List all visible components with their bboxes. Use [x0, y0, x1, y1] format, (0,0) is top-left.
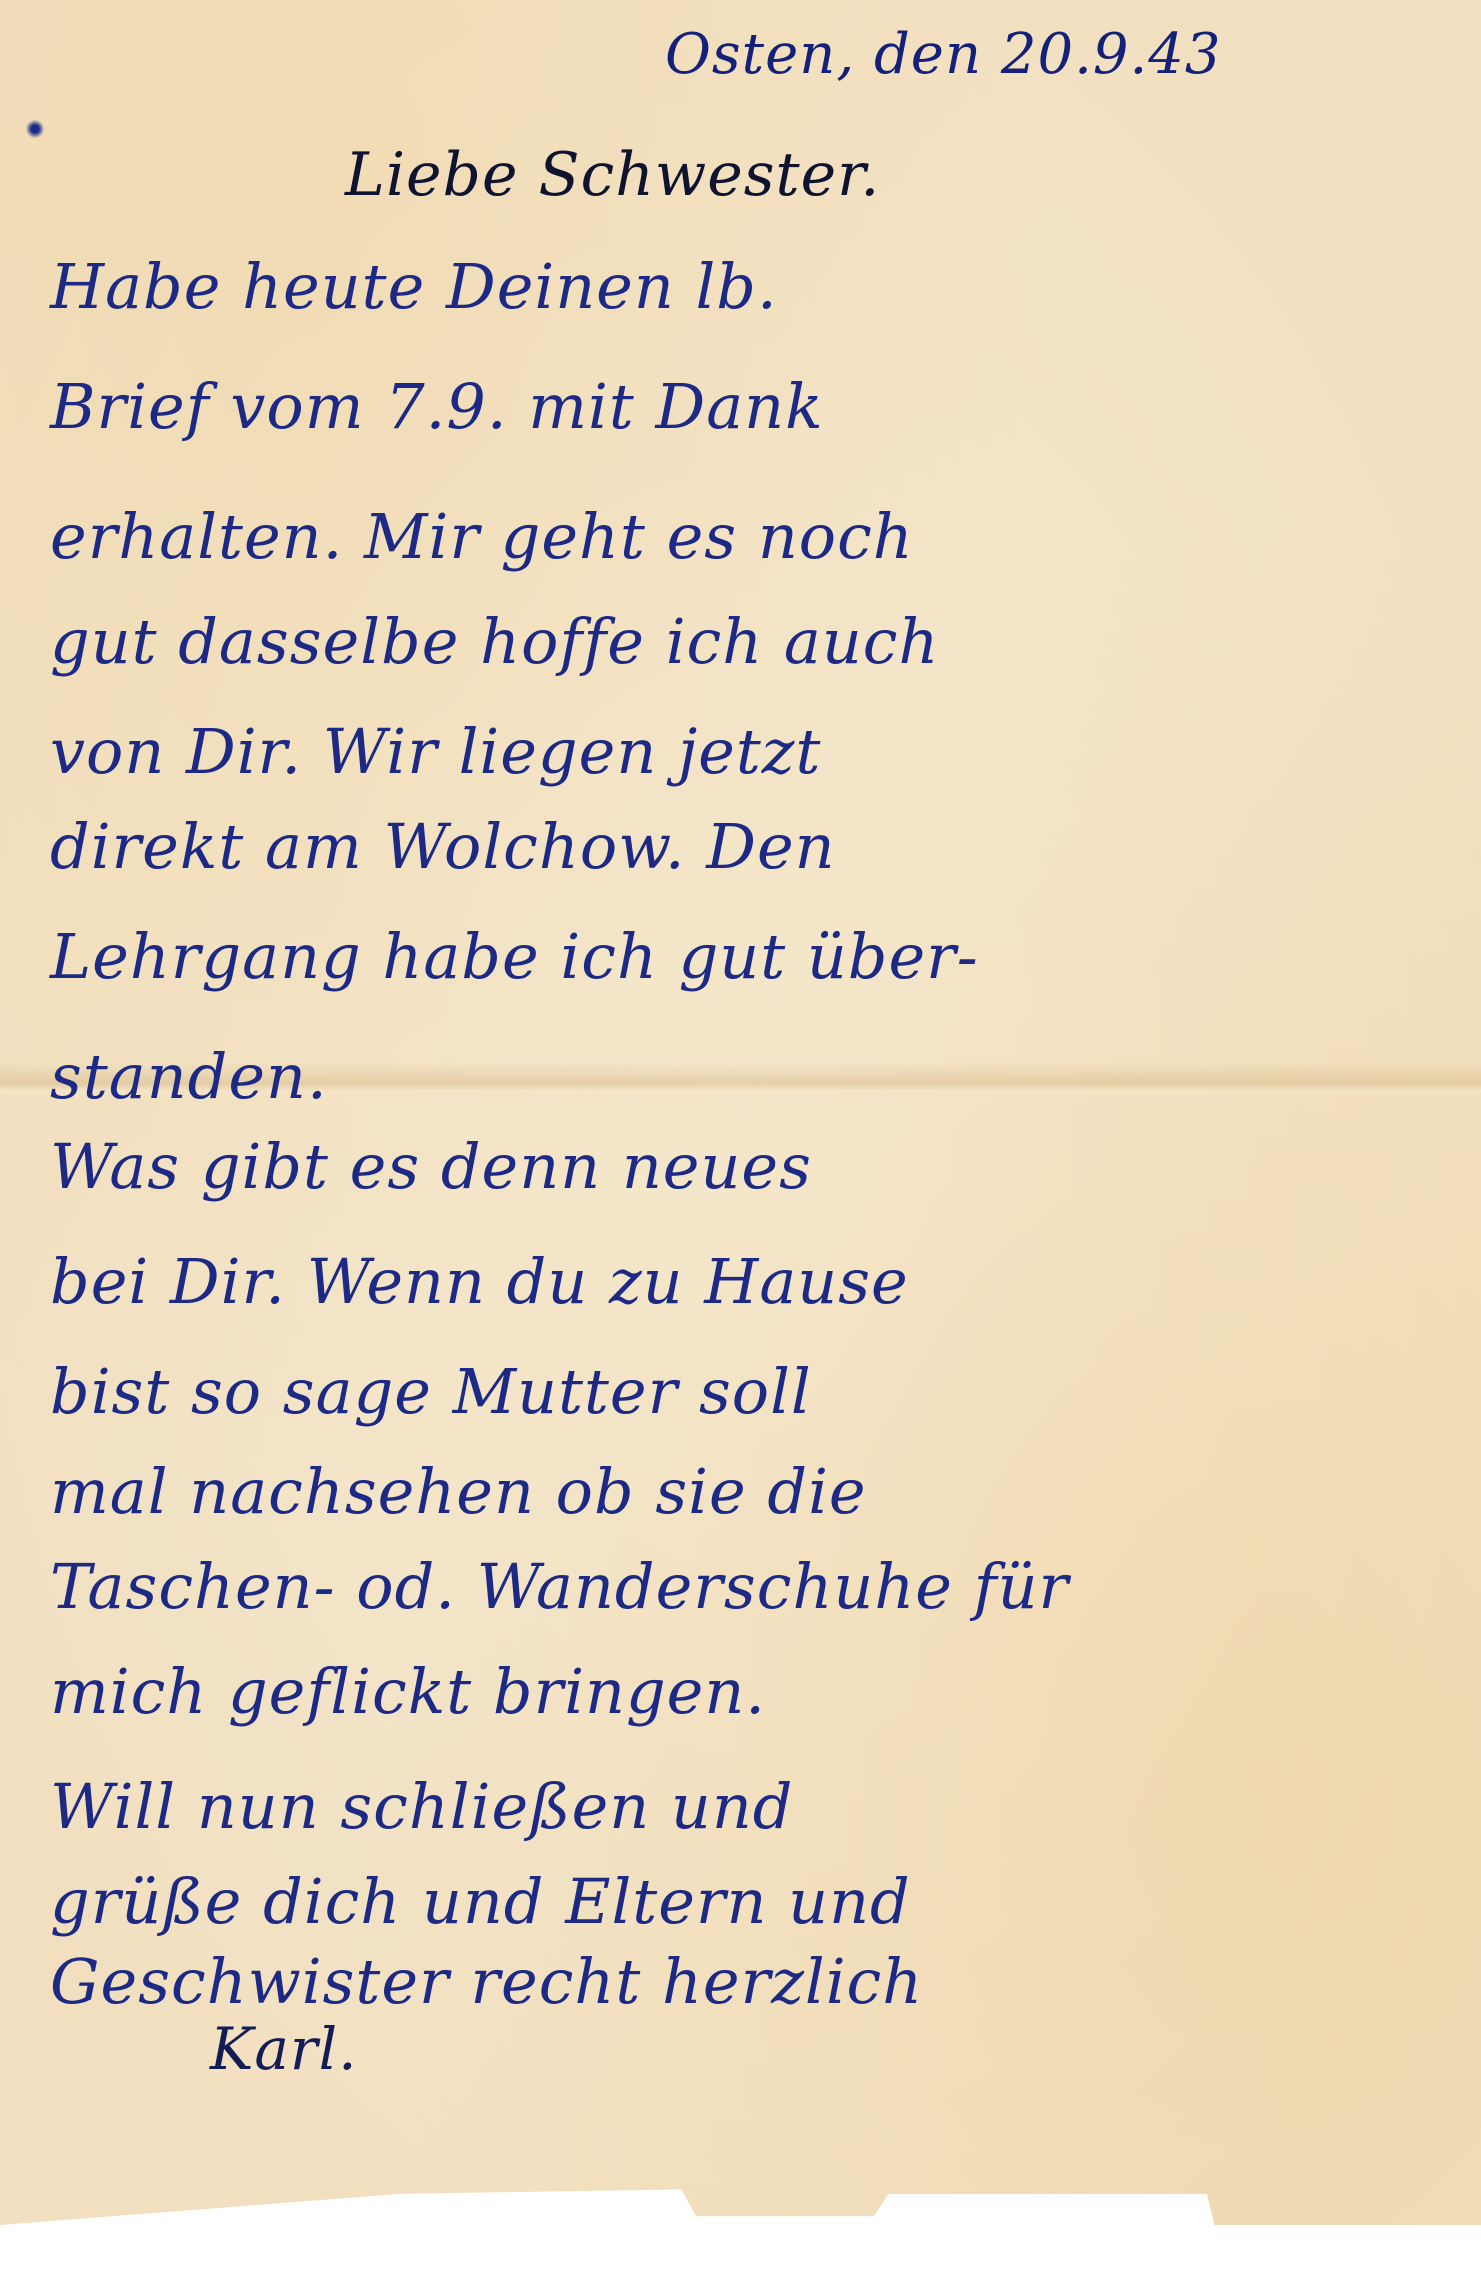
letter-dateline: Osten, den 20.9.43	[665, 22, 1222, 87]
letter-line: Will nun schließen und	[50, 1770, 793, 1843]
letter-line: grüße dich und Eltern und	[50, 1865, 911, 1938]
letter-line: Brief vom 7.9. mit Dank	[50, 370, 824, 443]
letter-line: Habe heute Deinen lb.	[50, 250, 778, 323]
letter-line: erhalten. Mir geht es noch	[50, 500, 914, 573]
letter-line: mich geflickt bringen.	[50, 1655, 766, 1728]
letter-line: mal nachsehen ob sie die	[50, 1455, 867, 1528]
letter-line: Taschen- od. Wanderschuhe für	[50, 1550, 1069, 1623]
letter-line: standen.	[50, 1040, 328, 1113]
letter-line: direkt am Wolchow. Den	[50, 810, 836, 883]
letter-line: Was gibt es denn neues	[50, 1130, 812, 1203]
letter-line: Geschwister recht herzlich	[50, 1945, 923, 2018]
letter-line: von Dir. Wir liegen jetzt	[50, 715, 821, 788]
letter-line: gut dasselbe hoffe ich auch	[50, 605, 939, 678]
letter-line: Lehrgang habe ich gut über-	[50, 920, 979, 993]
ink-blot	[26, 120, 44, 138]
letter-paper: Osten, den 20.9.43 Liebe Schwester. Habe…	[0, 0, 1481, 2225]
letter-line: bei Dir. Wenn du zu Hause	[50, 1245, 909, 1318]
letter-signature: Karl.	[210, 2015, 358, 2083]
letter-salutation: Liebe Schwester.	[345, 140, 880, 210]
letter-line: bist so sage Mutter soll	[50, 1355, 812, 1428]
